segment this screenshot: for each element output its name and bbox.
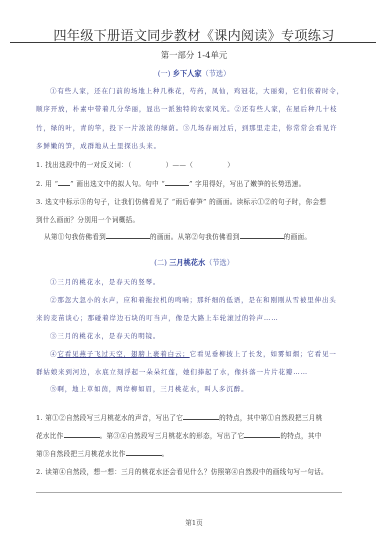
section1-question-3-line1: 3. 选文中标示③的句子，让我们仿佛看见了 “雨后春笋” 的画面。读标示①②的句… bbox=[36, 196, 326, 206]
title-divider bbox=[10, 42, 376, 43]
q1-end: ） bbox=[227, 161, 234, 169]
answer-line[interactable] bbox=[36, 492, 342, 493]
section2-heading: (二) 三月桃花水（节选） bbox=[0, 258, 388, 268]
section2-paragraph-4-line1: ④它看见燕子飞过天空，翅膀上裹着白云；它看见垂柳披上了长发，如雾如烟；它看见一 bbox=[50, 349, 337, 358]
section1-heading: (一) 乡下人家（节选） bbox=[0, 69, 388, 79]
form-feature-blank[interactable] bbox=[244, 431, 280, 438]
p4-underlined-sentence: 它看见燕子飞过天空，翅膀上裹着白云； bbox=[57, 350, 189, 358]
q1-mid: ）——（ bbox=[166, 161, 194, 169]
section2-paragraph-1: ①三月的桃花水，是春天的竖琴。 bbox=[50, 277, 160, 286]
section1-number: (一) bbox=[158, 69, 171, 78]
q1-text: 1. 找出选段中的一对反义词：（ bbox=[36, 161, 132, 169]
picture-blank-1[interactable] bbox=[106, 232, 150, 239]
section1-passage-line: 多鲜嫩的笋，成群地从土里探出头来。 bbox=[36, 141, 161, 150]
section2-paragraph-2-line1: ②那忽大忽小的水声，应和着拖拉机的鸣响；那纤细的低语，是在和刚刚从雪被里伸出头 bbox=[50, 295, 337, 304]
section1-question-3-answer: 从第①句我仿佛看到的画面。从第②句我仿佛看到的画面。 bbox=[44, 231, 311, 241]
q3-answer-a: 从第①句我仿佛看到 bbox=[44, 233, 106, 241]
section1-passage-line: 竹，绿的叶，青的竿，投下一片浓浓的绿荫。③几场春雨过后，到那里走走，你常常会看见… bbox=[36, 123, 337, 132]
section2-name: 三月桃花水 bbox=[169, 258, 205, 267]
s2q1-d: 。第③④自然段写三月桃花水的形态，写出了它 bbox=[100, 432, 245, 440]
p4-rest: 它看见垂柳披上了长发，如雾如烟；它看见一 bbox=[190, 350, 337, 358]
s2q1-c: 花水比作 bbox=[36, 432, 64, 440]
section2-number: (二) bbox=[154, 258, 167, 267]
section1-passage-line: 顺序开放，朴素中带着几分华丽，显出一派独特的农家风光。②还有些人家，在屋后种几十… bbox=[36, 104, 337, 113]
section2-question-2: 2. 读第④自然段，想一想：三月的桃花水还会看见什么？仿照第④自然段中的画线句写… bbox=[36, 466, 328, 476]
document-page: 四年级下册语文同步教材《课内阅读》专项练习 第一部分 1-4单元 (一) 乡下人… bbox=[0, 0, 388, 540]
s2q1-e: 的特点，其中 bbox=[280, 432, 321, 440]
metaphor-blank-1[interactable] bbox=[64, 431, 100, 438]
s2q1-g: 。 bbox=[162, 450, 169, 458]
s2q1-a: 1. 第①②自然段写三月桃花水的声音，写出了它 bbox=[36, 414, 183, 422]
section1-name: 乡下人家 bbox=[173, 69, 202, 78]
section2-paragraph-4-line2: 群姑娘来到河边，水底立刻浮起一朵朵红莲，她们捧起了水，像抖落一片片花瓣…… bbox=[36, 367, 308, 376]
section2-question-1-line3: 第③自然段把三月桃花水比作。 bbox=[36, 448, 169, 458]
antonym-blank-1[interactable] bbox=[132, 161, 166, 167]
section2-paragraph-3: ③三月的桃花水，是春天的明镜。 bbox=[50, 331, 160, 340]
section1-question-2: 2. 用 “” 画出选文中的拟人句。句中 “” 字用得好，写出了嫩笋的长势迅速。 bbox=[36, 178, 305, 188]
line-style-blank bbox=[58, 179, 70, 186]
section1-passage-line: ①有些人家，还在门前的场地上种几株花，芍药，凤仙，鸡冠花，大丽菊，它们依着时令， bbox=[50, 86, 344, 95]
s2q1-b: 的特点，其中第①自然段把三月桃 bbox=[219, 414, 322, 422]
q3-answer-c: 的画面。 bbox=[284, 233, 312, 241]
section1-question-3-line2: 到什么画面？分别用一个词概括。 bbox=[36, 214, 139, 224]
section1-note: （节选） bbox=[202, 69, 231, 78]
section2-paragraph-2-line2: 来的麦苗谈心；那碰着岸边石块的叮当声，像是大路上车轮滚过的铃声…… bbox=[36, 313, 279, 322]
part-title: 第一部分 1-4单元 bbox=[0, 49, 388, 61]
page-number: 第1页 bbox=[0, 517, 388, 527]
section1-question-1: 1. 找出选段中的一对反义词：（）——（） bbox=[36, 159, 234, 169]
picture-blank-2[interactable] bbox=[240, 232, 284, 239]
q2-text-c: ” 字用得好，写出了嫩笋的长势迅速。 bbox=[189, 180, 305, 188]
section2-question-1-line1: 1. 第①②自然段写三月桃花水的声音，写出了它的特点，其中第①自然段把三月桃 bbox=[36, 412, 323, 422]
word-blank[interactable] bbox=[165, 179, 189, 186]
section2-paragraph-5: ⑤啊，地上草如茵，两岸柳如眉，三月桃花水，叫人多沉醉。 bbox=[50, 384, 248, 393]
q2-text-a: 2. 用 “ bbox=[36, 180, 58, 188]
section2-note: （节选） bbox=[205, 258, 234, 267]
sound-feature-blank[interactable] bbox=[183, 413, 219, 420]
metaphor-blank-2[interactable] bbox=[126, 449, 162, 456]
q3-answer-b: 的画面。从第②句我仿佛看到 bbox=[150, 233, 240, 241]
section2-question-1-line2: 花水比作。第③④自然段写三月桃花水的形态，写出了它的特点，其中 bbox=[36, 430, 322, 440]
s2q1-f: 第③自然段把三月桃花水比作 bbox=[36, 450, 126, 458]
antonym-blank-2[interactable] bbox=[193, 161, 227, 167]
q2-text-b: ” 画出选文中的拟人句。句中 “ bbox=[70, 180, 165, 188]
